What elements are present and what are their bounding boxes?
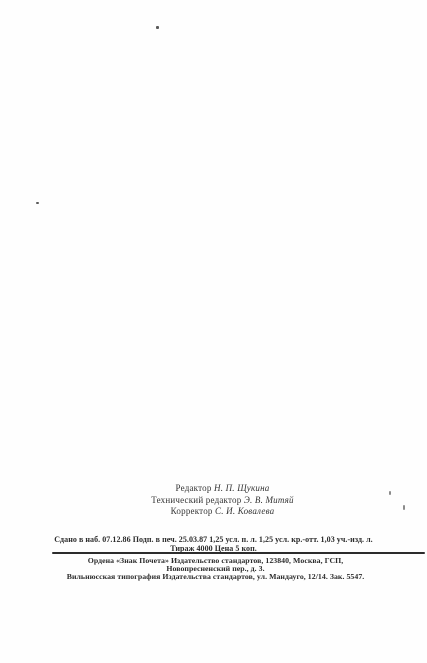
editor-line: Технический редактор Э. В. Митяй xyxy=(9,495,427,507)
divider-rule xyxy=(52,552,425,554)
scanned-colophon-page: Редактор Н. П. Щукина Технический редакт… xyxy=(0,0,427,663)
imprint-block: Сдано в наб. 07.12.86 Подп. в печ. 25.03… xyxy=(0,536,427,553)
editor-name: Н. П. Щукина xyxy=(214,483,269,493)
editor-role: Корректор xyxy=(171,506,213,516)
editor-name: Э. В. Митяй xyxy=(244,495,294,505)
editor-role: Редактор xyxy=(176,483,212,493)
scan-speck xyxy=(36,202,39,204)
editors-block: Редактор Н. П. Щукина Технический редакт… xyxy=(9,483,427,518)
scan-speck xyxy=(156,26,159,29)
editor-line: Редактор Н. П. Щукина xyxy=(9,483,427,495)
editor-name: С. И. Ковалева xyxy=(215,506,274,516)
editor-line: Корректор С. И. Ковалева xyxy=(9,506,427,518)
printer-line: Вильнюсская типография Издательства стан… xyxy=(2,573,427,581)
publisher-block: Ордена «Знак Почета» Издательство станда… xyxy=(2,557,427,582)
editor-role: Технический редактор xyxy=(151,495,241,505)
